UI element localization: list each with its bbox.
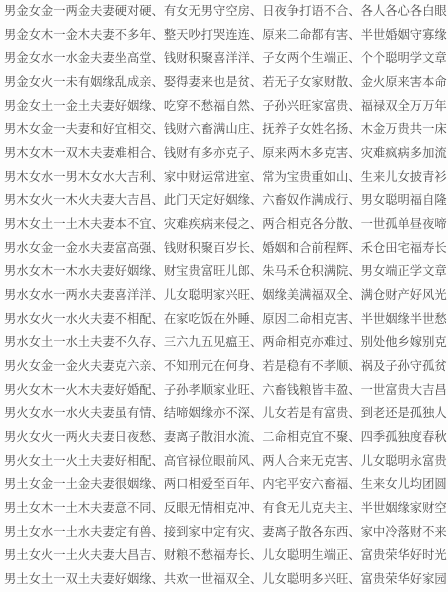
text-line-4: 男金女火一未有姻缘乱成亲、娶得妻来也是贫、若无子女家财散、金火原来害本命 [4,71,448,95]
text-line-7: 男木女木一双木夫妻难相合、钱财有多亦克子、原来两木多克害、灾难疯病多加流 [4,142,448,166]
text-line-8: 男木女水一男木女水大吉利、家中财运常进室、常为宝贵重如山、生来儿女披青衫 [4,166,448,190]
text-line-14: 男水女火一水火夫妻不相配、在家吃饭在外睡、原因二命相克害、半世姻缘半世愁 [4,308,448,332]
text-line-3: 男金女水一水金夫妻坐高堂、钱财积聚喜洋洋、子女两个生端正、个个聪明学文章 [4,47,448,71]
text-line-11: 男水女金一金水夫妻富高强、钱财积聚百岁长、婚姻和合前程辉、禾仓田宅福寿长 [4,237,448,261]
text-line-18: 男火女水一水火夫妻虽有情、结啼姻缘亦不深、儿女若是有富贵、到老还是孤独人 [4,402,448,426]
text-line-10: 男木女土一土木夫妻本不宜、灾难疾病来侵之、两合相克各分散、一世孤单昼夜啼 [4,213,448,237]
text-line-24: 男土女火一土火夫妻大昌吉、财粮不愁福寿长、儿女聪明生端正、富贵荣华好时光 [4,544,448,568]
document-page: 男金女金一两金夫妻硬对硬、有女无男守空房、日夜争打语不合、各人各心各白眼 男金女… [0,0,448,592]
text-line-25: 男土女土一双土夫妻好姻缘、共欢一世福双全、儿女聪明多兴旺、富贵荣华好家园 [4,568,448,592]
text-line-6: 男木女金一夫妻和好宜相交、钱财六畜满山庄、抚养子女姓名扬、木金万贵共一床 [4,118,448,142]
text-line-1: 男金女金一两金夫妻硬对硬、有女无男守空房、日夜争打语不合、各人各心各白眼 [4,0,448,24]
text-line-17: 男火女木一火木夫妻好婚配、子孙孝顺家业旺、六畜钱粮皆丰盈、一世富贵大吉昌 [4,379,448,403]
text-line-21: 男土女金一土金夫妻很姻缘、两口相爱至百年、内宅平安六畜福、生来女儿均团圆 [4,473,448,497]
text-line-16: 男火女金一金火夫妻克六亲、不知刑元在何身、若是稳有不孝顺、祸及子孙守孤贫 [4,355,448,379]
text-line-12: 男水女木一木水夫妻好姻缘、财宝贵富旺儿郎、朱马禾仓积满院、男女端正学文章 [4,260,448,284]
text-line-5: 男金女土一金土夫妻好姻缘、吃穿不愁福自然、子孙兴旺家富贵、福禄双全万万年 [4,95,448,119]
text-line-9: 男木女火一木火夫妻大吉昌、此门天定好姻缘、六畜奴作满成行、男女聪明福自隆 [4,189,448,213]
text-line-22: 男土女木一土木夫妻意不同、反眼无情相克冲、有食无儿克夫主、半世姻缘家财空 [4,497,448,521]
text-line-20: 男火女土一火土夫妻好相配、高官禄位眼前风、两人合来无克害、儿女聪明永富贵 [4,450,448,474]
text-line-19: 男火女火一两火夫妻日夜愁、妻离子散泪水流、二命相克宜不聚、四季孤独度春秋 [4,426,448,450]
text-line-13: 男水女水一两水夫妻喜洋洋、儿女聪明家兴旺、姻缘美满福双全、满仓财产好风光 [4,284,448,308]
text-line-2: 男金女木一金木夫妻不多年、整天吵打哭连连、原来二命都有害、半世婚姻守寡缘 [4,24,448,48]
text-line-23: 男土女水一土水夫妻定有兽、接到家中定有灾、妻离子散各东西、家中冷落财不来 [4,521,448,545]
text-line-15: 男水女土一水土夫妻不久存、三六九五见瘟王、两命相克亦难过、别处他乡嫁别克 [4,331,448,355]
